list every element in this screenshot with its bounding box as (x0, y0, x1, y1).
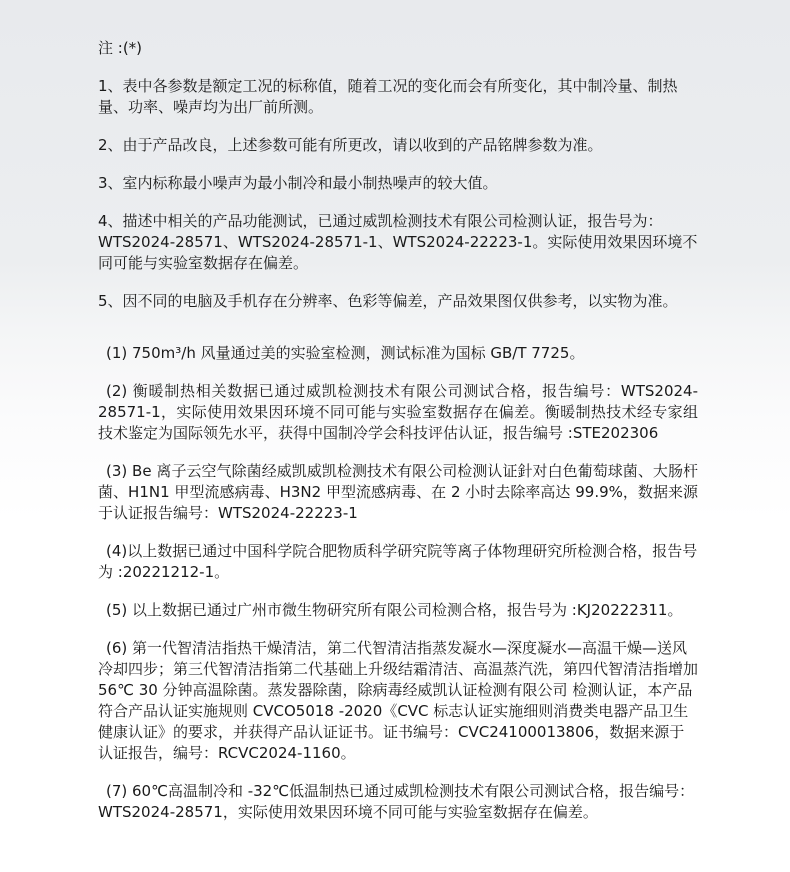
note-item-5: 5、因不同的电脑及手机存在分辨率、色彩等偏差，产品效果图仅供参考，以实物为准。 (98, 291, 698, 312)
note-item-1: 1、表中各参数是额定工况的标称值，随着工况的变化而会有所变化，其中制冷量、制热量… (98, 76, 698, 118)
reference-item-5: (5) 以上数据已通过广州市微生物研究所有限公司检测合格，报告号为 :KJ202… (98, 600, 698, 621)
reference-item-6: (6) 第一代智清洁指热干燥清洁，第二代智清洁指蒸发凝水—深度凝水—高温干燥—送… (98, 638, 698, 764)
reference-item-1: (1) 750m³/h 风量通过美的实验室检测，测试标准为国标 GB/T 772… (98, 343, 698, 364)
note-item-3: 3、室内标称最小噪声为最小制冷和最小制热噪声的较大值。 (98, 173, 698, 194)
reference-item-4: (4)以上数据已通过中国科学院合肥物质科学研究院等离子体物理研究所检测合格，报告… (98, 541, 698, 583)
references-section: (1) 750m³/h 风量通过美的实验室检测，测试标准为国标 GB/T 772… (98, 343, 698, 840)
notes-section: 注 :(*) 1、表中各参数是额定工况的标称值，随着工况的变化而会有所变化，其中… (98, 38, 698, 329)
reference-item-3: (3) Be 离子云空气除菌经威凯威凯检测技术有限公司检测认证針对白色葡萄球菌、… (98, 461, 698, 524)
note-item-4: 4、描述中相关的产品功能测试，已通过威凯检测技术有限公司检测认证，报告号为：WT… (98, 211, 698, 274)
note-item-2: 2、由于产品改良，上述参数可能有所更改，请以收到的产品铭牌参数为准。 (98, 135, 698, 156)
reference-item-2: (2) 衡暖制热相关数据已通过威凯检测技术有限公司测试合格，报告编号：WTS20… (98, 381, 698, 444)
notes-heading: 注 :(*) (98, 38, 698, 59)
reference-item-7: (7) 60℃高温制冷和 -32℃低温制热已通过威凯检测技术有限公司测试合格，报… (98, 781, 698, 823)
